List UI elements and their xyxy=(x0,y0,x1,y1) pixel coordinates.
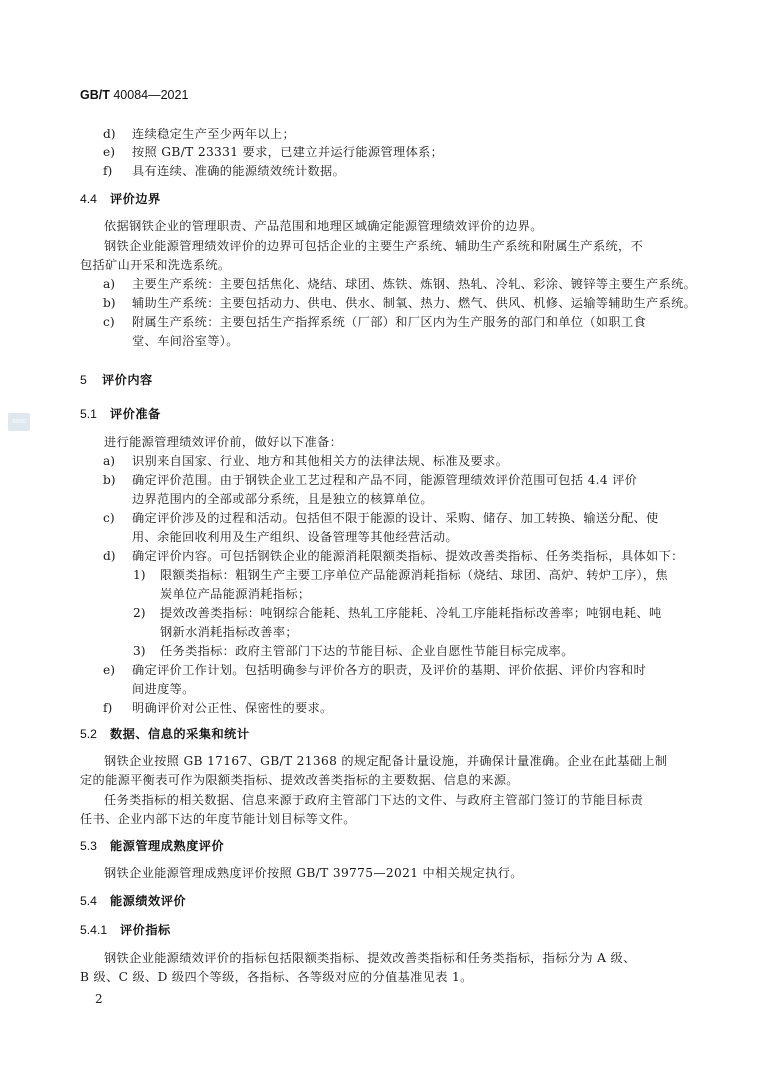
list-label: d) xyxy=(103,548,116,564)
list-item-text: 连续稳定生产至少两年以上； xyxy=(132,126,295,142)
section-number: 5.4 xyxy=(80,893,110,909)
list-label: e) xyxy=(103,144,115,160)
list-label: c) xyxy=(103,314,115,330)
sublist-label: 1) xyxy=(133,567,146,583)
standard-number: 40084—2021 xyxy=(113,88,188,102)
section-number: 5.3 xyxy=(80,838,110,854)
list-label: a) xyxy=(103,453,115,469)
section-title: 评价边界 xyxy=(110,192,161,206)
list-label: f) xyxy=(103,700,112,716)
section-title: 评价指标 xyxy=(120,923,171,937)
paragraph: 依据钢铁企业的管理职责、产品范围和地理区域确定能源管理绩效评价的边界。 xyxy=(104,218,543,234)
list-item-text: 辅助生产系统：主要包括动力、供电、供水、制氧、热力、燃气、供风、机修、运输等辅助… xyxy=(132,295,696,311)
list-label: e) xyxy=(103,662,115,678)
section-title: 评价准备 xyxy=(110,407,161,421)
paragraph: 任书、企业内部下达的年度节能计划目标等文件。 xyxy=(80,811,356,827)
sublist-item-text: 任务类指标：政府主管部门下达的节能目标、企业自愿性节能目标完成率。 xyxy=(160,643,574,659)
document-page: GB/T 40084—2021 d) 连续稳定生产至少两年以上； e) 按照 G… xyxy=(0,0,758,1073)
list-item-text: 具有连续、准确的能源绩效统计数据。 xyxy=(132,163,345,179)
list-item-text: 确定评价内容。可包括钢铁企业的能源消耗限额类指标、提效改善类指标、任务类指标，具… xyxy=(132,548,684,564)
sublist-item-text: 提效改善类指标：吨钢综合能耗、热轧工序能耗、冷轧工序能耗指标改善率；吨钢电耗、吨 xyxy=(160,605,662,621)
list-item-text: 确定评价范围。由于钢铁企业工艺过程和产品不同，能源管理绩效评价范围可包括 4.4… xyxy=(132,472,637,488)
paragraph: 钢铁企业能源管理绩效评价的边界可包括企业的主要生产系统、辅助生产系统和附属生产系… xyxy=(104,238,643,254)
section-title: 数据、信息的采集和统计 xyxy=(110,727,250,741)
paragraph: 钢铁企业能源绩效评价的指标包括限额类指标、提效改善类指标和任务类指标，指标分为 … xyxy=(104,950,636,966)
standard-header: GB/T 40084—2021 xyxy=(80,88,188,102)
section-title: 评价内容 xyxy=(102,373,153,387)
page-number: 2 xyxy=(95,992,103,1006)
section-number: 5 xyxy=(80,372,102,388)
sublist-label: 3) xyxy=(133,643,146,659)
section-number: 4.4 xyxy=(80,191,110,207)
paragraph: 任务类指标的相关数据、信息来源于政府主管部门下达的文件、与政府主管部门签订的节能… xyxy=(104,792,643,808)
list-item-text: 确定评价工作计划。包括明确参与评价各方的职责，及评价的基期、评价依据、评价内容和… xyxy=(132,662,646,678)
paragraph: B 级、C 级、D 级四个等级，各指标、各等级对应的分值基准见表 1。 xyxy=(80,969,473,985)
list-item-text: 按照 GB/T 23331 要求，已建立并运行能源管理体系； xyxy=(132,144,443,160)
list-label: b) xyxy=(103,472,116,488)
list-label: c) xyxy=(103,510,115,526)
list-item-text: 附属生产系统：主要包括生产指挥系统（厂部）和厂区内为生产服务的部门和单位（如职工… xyxy=(132,314,646,330)
sublist-item-text: 炭单位产品能源消耗指标； xyxy=(160,586,310,602)
list-label: a) xyxy=(103,276,115,292)
list-item-text: 边界范围内的全部或部分系统，且是独立的核算单位。 xyxy=(132,491,433,507)
list-item-text: 堂、车间浴室等）。 xyxy=(132,333,239,349)
list-label: f) xyxy=(103,163,112,179)
section-number: 5.1 xyxy=(80,406,110,422)
list-item-text: 主要生产系统：主要包括焦化、烧结、球团、炼铁、炼钢、热轧、冷轧、彩涂、镀锌等主要… xyxy=(132,276,696,292)
section-heading-5-1: 5.1评价准备 xyxy=(80,406,161,422)
paragraph: 包括矿山开采和洗选系统。 xyxy=(80,257,230,273)
paragraph: 钢铁企业能源管理成熟度评价按照 GB/T 39775—2021 中相关规定执行。 xyxy=(104,865,523,881)
section-heading-5-4: 5.4能源绩效评价 xyxy=(80,893,186,909)
list-item-text: 间进度等。 xyxy=(132,681,195,697)
list-item-text: 识别来自国家、行业、地方和其他相关方的法律法规、标准及要求。 xyxy=(132,453,508,469)
list-label: d) xyxy=(103,126,116,142)
section-title: 能源绩效评价 xyxy=(110,894,186,908)
paragraph: 钢铁企业按照 GB 17167、GB/T 21368 的规定配备计量设施，并确保… xyxy=(104,753,667,769)
sublist-item-text: 限额类指标：粗钢生产主要工序单位产品能源消耗指标（烧结、球团、高炉、转炉工序），… xyxy=(160,567,668,583)
section-number: 5.2 xyxy=(80,726,110,742)
list-item-text: 用、余能回收利用及生产组织、设备管理等其他经营活动。 xyxy=(132,529,458,545)
section-heading-5: 5评价内容 xyxy=(80,372,153,388)
section-heading-5-3: 5.3能源管理成熟度评价 xyxy=(80,838,224,854)
section-number: 5.4.1 xyxy=(80,922,120,938)
list-item-text: 明确评价对公正性、保密性的要求。 xyxy=(132,700,333,716)
watermark-logo: smc xyxy=(8,413,30,431)
section-title: 能源管理成熟度评价 xyxy=(110,839,224,853)
sublist-item-text: 钢新水消耗指标改善率； xyxy=(160,624,298,640)
standard-code: GB/T xyxy=(80,88,110,102)
paragraph: 进行能源管理绩效评价前，做好以下准备： xyxy=(104,434,342,450)
section-heading-5-4-1: 5.4.1评价指标 xyxy=(80,922,171,938)
section-heading-4-4: 4.4评价边界 xyxy=(80,191,161,207)
list-item-text: 确定评价涉及的过程和活动。包括但不限于能源的设计、采购、储存、加工转换、输送分配… xyxy=(132,510,659,526)
sublist-label: 2) xyxy=(133,605,146,621)
paragraph: 定的能源平衡表可作为限额类指标、提效改善类指标的主要数据、信息的来源。 xyxy=(80,772,519,788)
list-label: b) xyxy=(103,295,116,311)
section-heading-5-2: 5.2数据、信息的采集和统计 xyxy=(80,726,250,742)
